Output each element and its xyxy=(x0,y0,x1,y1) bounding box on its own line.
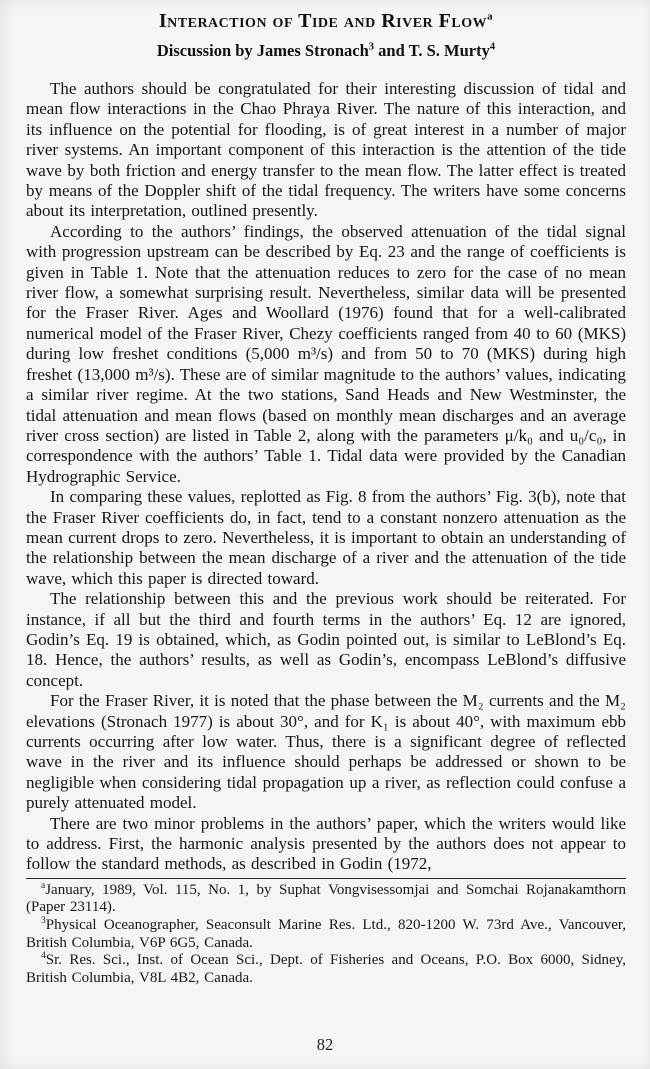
byline-footnote-marker-4: 4 xyxy=(490,42,495,53)
footnote-affiliation-stronach: 3Physical Oceanographer, Seaconsult Mari… xyxy=(26,917,626,952)
discussion-byline: Discussion by James Stronach3 and T. S. … xyxy=(26,41,626,61)
paper-title-text: Interaction of Tide and River Flow xyxy=(159,10,487,32)
footnote-area: aJanuary, 1989, Vol. 115, No. 1, by Suph… xyxy=(26,878,626,988)
body-text: The authors should be congratulated for … xyxy=(26,79,626,875)
paragraph-4: The relationship between this and the pr… xyxy=(26,589,626,691)
byline-author-1: Discussion by James Stronach xyxy=(157,41,369,60)
document-page: Interaction of Tide and River Flowa Disc… xyxy=(0,0,650,1069)
paragraph-3: In comparing these values, replotted as … xyxy=(26,487,626,589)
paragraph-2: According to the authors’ findings, the … xyxy=(26,222,626,487)
paper-title: Interaction of Tide and River Flowa xyxy=(26,10,626,33)
footnote-original-paper: aJanuary, 1989, Vol. 115, No. 1, by Suph… xyxy=(26,882,626,917)
paragraph-6: There are two minor problems in the auth… xyxy=(26,814,626,875)
byline-author-2: and T. S. Murty xyxy=(374,41,490,60)
page-number: 82 xyxy=(0,1035,650,1055)
footnote-text: January, 1989, Vol. 115, No. 1, by Supha… xyxy=(26,882,626,916)
footnote-separator-rule xyxy=(26,878,626,879)
footnote-text: Sr. Res. Sci., Inst. of Ocean Sci., Dept… xyxy=(26,952,626,986)
footnote-affiliation-murty: 4Sr. Res. Sci., Inst. of Ocean Sci., Dep… xyxy=(26,952,626,987)
footnote-text: Physical Oceanographer, Seaconsult Marin… xyxy=(26,917,626,951)
paper-title-footnote-marker: a xyxy=(487,10,493,22)
paragraph-5: For the Fraser River, it is noted that t… xyxy=(26,691,626,813)
paragraph-1: The authors should be congratulated for … xyxy=(26,79,626,222)
